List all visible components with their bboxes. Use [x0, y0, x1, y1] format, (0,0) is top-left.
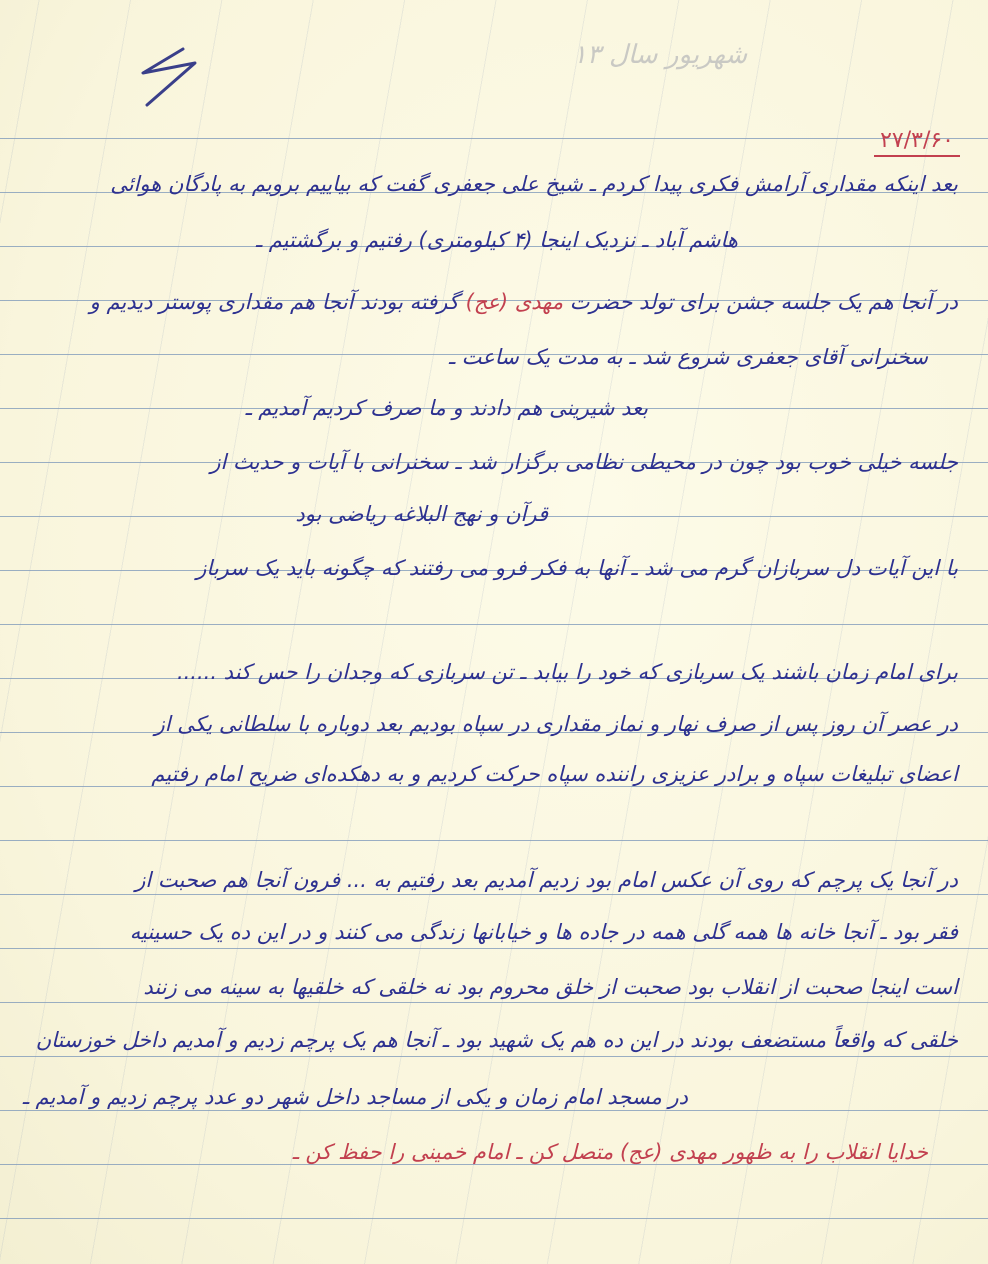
- ruled-line: [0, 1002, 988, 1003]
- ruled-line: [0, 1218, 988, 1219]
- ruled-line: [0, 840, 988, 841]
- diary-line: است اینجا صحبت از انقلاب بود صحبت از خلق…: [143, 975, 958, 999]
- diary-line: در عصر آن روز پس از صرف نهار و نماز مقدا…: [155, 712, 958, 736]
- diary-line: قرآن و نهج البلاغه ریاضی بود: [295, 502, 548, 526]
- diary-line: فقر بود ـ آنجا خانه ها همه گلی همه در جا…: [130, 920, 958, 944]
- notebook-page: شهریور سال ۱۳ ۲۷/۳/۶۰ بعد اینکه مقداری آ…: [0, 0, 988, 1264]
- faded-header: شهریور سال ۱۳: [560, 40, 760, 90]
- diary-line: برای امام زمان باشند یک سربازی که خود را…: [177, 660, 958, 684]
- diary-line: خلقی که واقعاً مستضعف بودند در این ده هم…: [36, 1028, 958, 1052]
- diary-line: بعد شیرینی هم دادند و ما صرف کردیم آمدیم…: [245, 396, 648, 420]
- diary-line: در آنجا یک پرچم که روی آن عکس امام بود ز…: [135, 868, 958, 892]
- red-highlight-text: مهدی (عج): [466, 290, 564, 314]
- ruled-line: [0, 1164, 988, 1165]
- diary-line: در مسجد امام زمان و یکی از مساجد داخل شه…: [23, 1085, 688, 1109]
- diary-line: با این آیات دل سربازان گرم می شد ـ آنها …: [196, 556, 958, 580]
- diary-line: بعد اینکه مقداری آرامش فکری پیدا کردم ـ …: [110, 172, 958, 196]
- diary-line: در آنجا هم یک جلسه جشن برای تولد حضرت مه…: [90, 290, 958, 314]
- diary-line: اعضای تبلیغات سپاه و برادر عزیزی راننده …: [151, 762, 958, 786]
- diary-line: سخنرانی آقای جعفری شروع شد ـ به مدت یک س…: [449, 345, 928, 369]
- diary-line: جلسه خیلی خوب بود چون در محیطی نظامی برگ…: [210, 450, 958, 474]
- ruled-line: [0, 894, 988, 895]
- ruled-line: [0, 1056, 988, 1057]
- scribble-mark-icon: [135, 45, 205, 110]
- ruled-line: [0, 624, 988, 625]
- entry-date: ۲۷/۳/۶۰: [874, 128, 960, 157]
- ruled-line: [0, 138, 988, 139]
- ruled-line: [0, 786, 988, 787]
- ruled-line: [0, 1110, 988, 1111]
- ruled-line: [0, 948, 988, 949]
- closing-prayer: خدایا انقلاب را به ظهور مهدی (عج) متصل ک…: [293, 1140, 928, 1164]
- diary-line: هاشم آباد ـ نزدیک اینجا (۴ کیلومتری) رفت…: [256, 228, 738, 252]
